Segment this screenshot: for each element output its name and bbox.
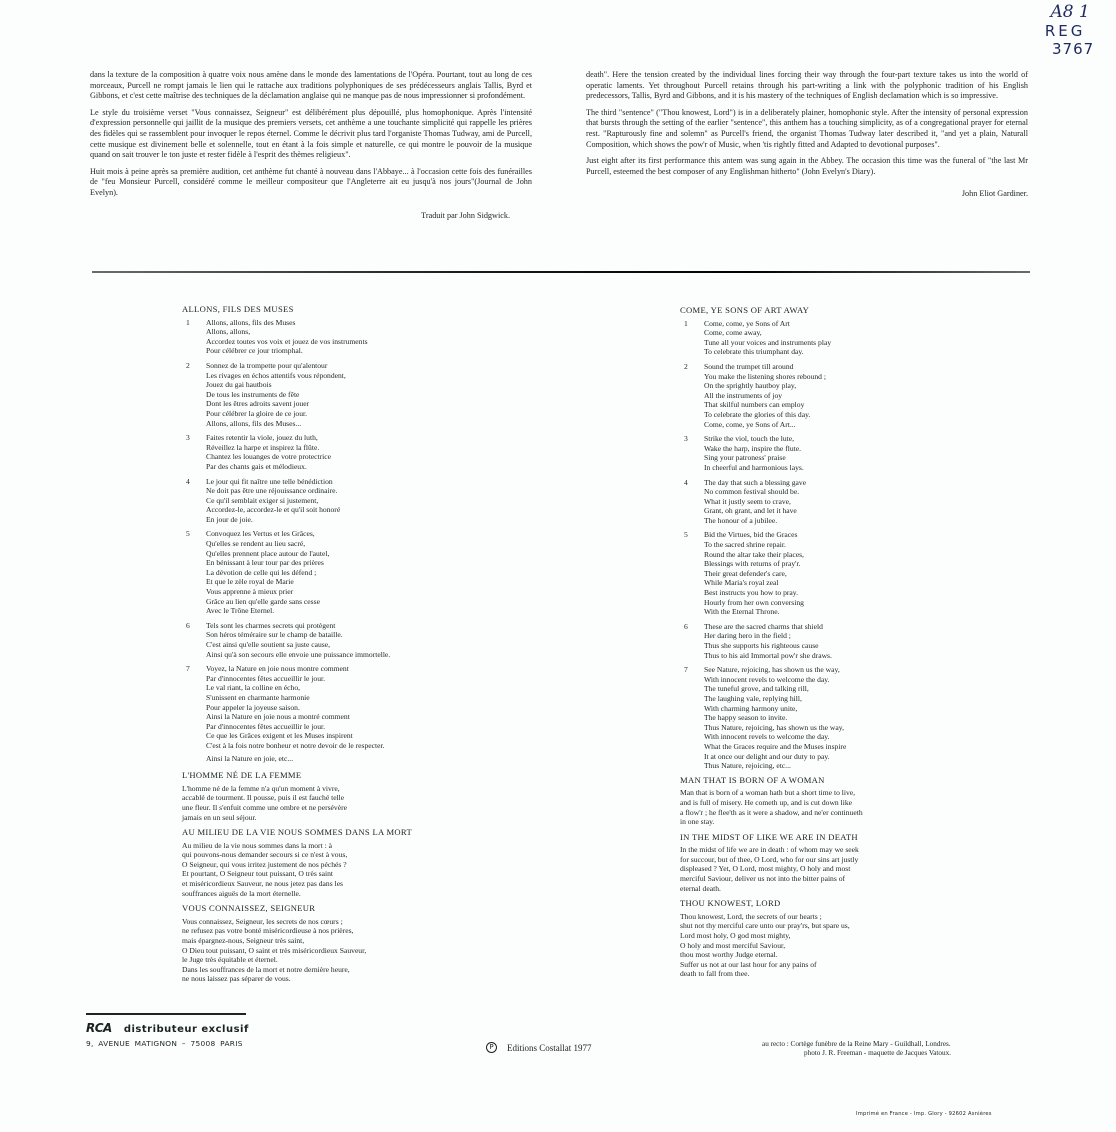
lyric-line: In the midst of life we are in death : o… [680, 845, 950, 855]
verse-lines: Allons, allons, fils des MusesAllons, al… [206, 318, 368, 356]
verse-number: 3 [680, 434, 704, 472]
handwritten-mark: A8 1 [1046, 2, 1094, 22]
lyric-line: Le jour qui fit naître une telle bénédic… [206, 477, 340, 487]
lyric-line: It at once our delight and our duty to p… [704, 752, 846, 762]
lyric-line: mais épargnez-nous, Seigneur très saint, [182, 936, 472, 946]
song-section: MAN THAT IS BORN OF A WOMANMan that is b… [680, 776, 950, 827]
lyric-line: Jouez du gai hautbois [206, 380, 346, 390]
lyrics-french: ALLONS, FILS DES MUSES1Allons, allons, f… [182, 305, 472, 990]
verse-lines: Convoquez les Vertus et les Grâces,Qu'el… [206, 529, 329, 615]
notes-paragraph: death". Here the tension created by the … [586, 70, 1028, 102]
verse-number: 4 [182, 477, 206, 525]
lyric-line: The laughing vale, replying hill, [704, 694, 846, 704]
lyric-line: With charming harmony unite, [704, 704, 846, 714]
lyric-line: Best instructs you how to pray. [704, 588, 804, 598]
distributor-line: RCA distributeur exclusif [86, 1021, 249, 1035]
lyric-line: To celebrate this triumphant day. [704, 347, 831, 357]
lyric-line: Thus Nature, rejoicing, etc... [704, 761, 846, 771]
verse-lines: Sound the trumpet till aroundYou make th… [704, 362, 826, 429]
lyric-line: Sonnez de la trompette pour qu'alentour [206, 361, 346, 371]
lyric-line: That skilful numbers can employ [704, 400, 826, 410]
song-section: IN THE MIDST OF LIKE WE ARE IN DEATHIn t… [680, 833, 950, 894]
verse-number: 7 [182, 664, 206, 750]
song-title: COME, YE SONS OF ART AWAY [680, 306, 950, 316]
verse: 5Convoquez les Vertus et les Grâces,Qu'e… [182, 529, 472, 615]
lyric-line: Suffer us not at our last hour for any p… [680, 960, 950, 970]
section-divider [92, 271, 1030, 273]
verse-number: 7 [680, 665, 704, 771]
reg-stamp: REG [1036, 22, 1094, 40]
verse: 7Voyez, la Nature en joie nous montre co… [182, 664, 472, 750]
lyric-line: Pour appeler la joyeuse saison. [206, 703, 385, 713]
lyric-line: Qu'elles se rendent au lieu sacré, [206, 539, 329, 549]
lyric-line: Thus Nature, rejoicing, has shown us the… [704, 723, 846, 733]
lyric-line: thou most worthy Judge eternal. [680, 950, 950, 960]
lyric-line: Ainsi qu'à son secours elle envoie une p… [206, 650, 390, 660]
verse-number: 3 [182, 433, 206, 471]
lyric-line: Son héros téméraire sur le champ de bata… [206, 630, 390, 640]
lyric-line: Pour célébrer ce jour triomphal. [206, 346, 368, 356]
verse-lines: Tels sont les charmes secrets qui protèg… [206, 621, 390, 659]
lyric-line: L'homme né de la femme n'a qu'un moment … [182, 784, 472, 794]
verse-lines: Bid the Virtues, bid the GracesTo the sa… [704, 530, 804, 616]
verse: 4Le jour qui fit naître une telle bénédi… [182, 477, 472, 525]
notes-paragraph: The third "sentence" ("Thou knowest, Lor… [586, 108, 1028, 150]
lyric-line: You make the listening shores rebound ; [704, 372, 826, 382]
lyric-line: a flow'r ; he flee'th as it were a shado… [680, 808, 950, 818]
song-title: ALLONS, FILS DES MUSES [182, 305, 472, 315]
song-section: VOUS CONNAISSEZ, SEIGNEURVous connaissez… [182, 904, 472, 984]
publisher-line: P Editions Costallat 1977 [486, 1042, 592, 1053]
verse-number: 1 [680, 319, 704, 357]
lyric-line: Vous apprenne à mieux prier [206, 587, 329, 597]
lyric-line: En bénissant à leur tour par des prières [206, 558, 329, 568]
publisher-name: Editions Costallat 1977 [507, 1043, 592, 1053]
lyric-line: Tune all your voices and instruments pla… [704, 338, 831, 348]
verse-lines: Come, come, ye Sons of ArtCome, come awa… [704, 319, 831, 357]
verse: 3Faites retentir la viole, jouez du luth… [182, 433, 472, 471]
verse: 6These are the sacred charms that shield… [680, 622, 950, 660]
lyric-line: Blessings with returns of pray'r. [704, 559, 804, 569]
lyric-line: Allons, allons, fils des Muses [206, 318, 368, 328]
lyric-line: Man that is born of a woman hath but a s… [680, 788, 950, 798]
lyric-line: Come, come, ye Sons of Art [704, 319, 831, 329]
lyric-line: accablé de tourment. Il pousse, puis il … [182, 793, 472, 803]
song-title: IN THE MIDST OF LIKE WE ARE IN DEATH [680, 833, 950, 843]
lyric-line: Par d'innocentes fêtes accueillir le jou… [206, 674, 385, 684]
lyric-line: S'unissent en charmante harmonie [206, 693, 385, 703]
lyric-line: Their great defender's care, [704, 569, 804, 579]
verse-coda: Ainsi la Nature en joie, etc... [182, 754, 472, 764]
notes-paragraph: dans la texture de la composition à quat… [90, 70, 532, 102]
lyric-block: Au milieu de la vie nous sommes dans la … [182, 841, 472, 899]
lyric-line: merciful Saviour, deliver us not into th… [680, 874, 950, 884]
lyric-line: To celebrate the glories of this day. [704, 410, 826, 420]
lyric-line: With the Eternal Throne. [704, 607, 804, 617]
lyric-line: Sing your patroness' praise [704, 453, 804, 463]
verse: 2Sound the trumpet till aroundYou make t… [680, 362, 950, 429]
distributor-address: 9, AVENUE MATIGNON – 75008 PARIS [86, 1039, 243, 1048]
lyric-line: Come, come away, [704, 328, 831, 338]
lyric-line: Les rivages en échos attentifs vous répo… [206, 371, 346, 381]
lyric-line: Accordez-le, accordez-le et qu'il soit h… [206, 505, 340, 515]
lyric-line: Et pourtant, O Seigneur tout puissant, O… [182, 869, 472, 879]
lyric-line: Thou knowest, Lord, the secrets of our h… [680, 912, 950, 922]
lyric-line: Allons, allons, fils des Muses... [206, 419, 346, 429]
verse-number: 6 [182, 621, 206, 659]
lyric-line: Par d'innocentes fêtes accueillir le jou… [206, 722, 385, 732]
lyric-line: Ce que les Grâces exigent et les Muses i… [206, 731, 385, 741]
lyric-line: death to fall from thee. [680, 969, 950, 979]
song-title: VOUS CONNAISSEZ, SEIGNEUR [182, 904, 472, 914]
lyric-line: La dévotion de celle qui les défend ; [206, 568, 329, 578]
lyric-line: What it justly seem to crave, [704, 497, 806, 507]
lyric-line: With innocent revels to welcome the day. [704, 675, 846, 685]
lyric-line: Tels sont les charmes secrets qui protèg… [206, 621, 390, 631]
lyric-block: L'homme né de la femme n'a qu'un moment … [182, 784, 472, 822]
lyric-line: Dont les êtres adroits savent jouer [206, 399, 346, 409]
verse-number: 1 [182, 318, 206, 356]
verse-lines: See Nature, rejoicing, has shown us the … [704, 665, 846, 771]
verse-lines: These are the sacred charms that shieldH… [704, 622, 832, 660]
lyric-line: souffrances aiguës de la mort éternelle. [182, 889, 472, 899]
lyric-line: Avec le Trône Eternel. [206, 606, 329, 616]
lyric-line: Vous connaissez, Seigneur, les secrets d… [182, 917, 472, 927]
lyric-line: Thus she supports his righteous cause [704, 641, 832, 651]
lyric-line: Grâce au lien qu'elle garde sans cesse [206, 597, 329, 607]
lyric-line: Strike the viol, touch the lute, [704, 434, 804, 444]
catalog-number: 3767 [1052, 40, 1094, 58]
verse: 3Strike the viol, touch the lute,Wake th… [680, 434, 950, 472]
lyric-line: C'est ainsi qu'elle soutient sa juste ca… [206, 640, 390, 650]
lyric-line: The day that such a blessing gave [704, 478, 806, 488]
lyric-line: O Dieu tout puissant, O saint et très mi… [182, 946, 472, 956]
phonogram-copyright-icon: P [486, 1042, 497, 1053]
credits-line: photo J. R. Freeman - maquette de Jacque… [762, 1049, 951, 1058]
lyric-block: In the midst of life we are in death : o… [680, 845, 950, 893]
lyric-line: ne refusez pas votre bonté miséricordieu… [182, 926, 472, 936]
lyric-line: Bid the Virtues, bid the Graces [704, 530, 804, 540]
lyric-line: On the sprightly hautboy play, [704, 381, 826, 391]
lyric-line: Sound the trumpet till around [704, 362, 826, 372]
lyric-line: Le val riant, la colline en écho, [206, 683, 385, 693]
lyric-line: le Juge très équitable et éternel. [182, 955, 472, 965]
lyric-line: Dans les souffrances de la mort et notre… [182, 965, 472, 975]
lyric-line: En jour de joie. [206, 515, 340, 525]
verse-lines: Strike the viol, touch the lute,Wake the… [704, 434, 804, 472]
song-section: L'HOMME NÉ DE LA FEMMEL'homme né de la f… [182, 771, 472, 822]
lyric-line: All the instruments of joy [704, 391, 826, 401]
lyric-line: With innocent revels to welcome the day. [704, 732, 846, 742]
song-title: MAN THAT IS BORN OF A WOMAN [680, 776, 950, 786]
lyric-line: et miséricordieux Sauveur, ne nous jetez… [182, 879, 472, 889]
lyric-line: Et que le zèle royal de Marie [206, 577, 329, 587]
lyric-line: To the sacred shrine repair. [704, 540, 804, 550]
rca-logo: RCA [86, 1021, 112, 1035]
verse-number: 2 [182, 361, 206, 428]
verse-lines: The day that such a blessing gaveNo comm… [704, 478, 806, 526]
lyric-line: shut not thy merciful care unto our pray… [680, 921, 950, 931]
lyric-line: Thus to his aid Immortal pow'r she draws… [704, 651, 832, 661]
lyric-line: C'est à la fois notre bonheur et notre d… [206, 741, 385, 751]
verse-lines: Le jour qui fit naître une telle bénédic… [206, 477, 340, 525]
song-section: ALLONS, FILS DES MUSES1Allons, allons, f… [182, 305, 472, 763]
notes-paragraph: Huit mois à peine après sa première audi… [90, 167, 532, 199]
lyric-line: Ne doit pas être une réjouissance ordina… [206, 486, 340, 496]
song-title: AU MILIEU DE LA VIE NOUS SOMMES DANS LA … [182, 828, 472, 838]
lyric-line: Lord most holy, O god most mighty, [680, 931, 950, 941]
verse-number: 4 [680, 478, 704, 526]
lyric-block: Man that is born of a woman hath but a s… [680, 788, 950, 826]
lyric-line: Voyez, la Nature en joie nous montre com… [206, 664, 385, 674]
lyric-line: Hourly from her own conversing [704, 598, 804, 608]
lyric-line: While Maria's royal zeal [704, 578, 804, 588]
lyric-line: une fleur. Il s'enfuit comme une ombre e… [182, 803, 472, 813]
lyric-block: Thou knowest, Lord, the secrets of our h… [680, 912, 950, 979]
lyric-line: O holy and most merciful Saviour, [680, 941, 950, 951]
lyric-line: Accordez toutes vos voix et jouez de vos… [206, 337, 368, 347]
verse: 7See Nature, rejoicing, has shown us the… [680, 665, 950, 771]
lyric-line: Par des chants gais et mélodieux. [206, 462, 331, 472]
lyric-line: Her daring hero in the field ; [704, 631, 832, 641]
verse-lines: Faites retentir la viole, jouez du luth,… [206, 433, 331, 471]
song-title: THOU KNOWEST, LORD [680, 899, 950, 909]
lyric-line: Réveillez la harpe et inspirez la flûte. [206, 443, 331, 453]
verse-lines: Sonnez de la trompette pour qu'alentourL… [206, 361, 346, 428]
lyric-line: Qu'elles prennent place autour de l'aute… [206, 549, 329, 559]
verse-number: 6 [680, 622, 704, 660]
lyric-line: Convoquez les Vertus et les Grâces, [206, 529, 329, 539]
lyric-line: Ainsi la Nature en joie nous a montré co… [206, 712, 385, 722]
lyric-line: qui pouvons-nous demander secours si ce … [182, 850, 472, 860]
footer-divider [86, 1013, 246, 1015]
lyrics-english: COME, YE SONS OF ART AWAY1Come, come, ye… [680, 306, 950, 985]
lyric-line: In cheerful and harmonious lays. [704, 463, 804, 473]
verse: 5Bid the Virtues, bid the GracesTo the s… [680, 530, 950, 616]
lyric-line: and is full of misery. He cometh up, and… [680, 798, 950, 808]
song-title: L'HOMME NÉ DE LA FEMME [182, 771, 472, 781]
verse-lines: Voyez, la Nature en joie nous montre com… [206, 664, 385, 750]
verse: 6Tels sont les charmes secrets qui protè… [182, 621, 472, 659]
verse-number: 2 [680, 362, 704, 429]
lyric-line: De tous les instruments de fête [206, 390, 346, 400]
verse-number: 5 [680, 530, 704, 616]
verse: 2Sonnez de la trompette pour qu'alentour… [182, 361, 472, 428]
author-signature: John Eliot Gardiner. [586, 189, 1028, 200]
lyric-line: Allons, allons, [206, 327, 368, 337]
printer-imprint: Imprimé en France - Imp. Glory - 92602 A… [856, 1111, 992, 1117]
verse: 1Allons, allons, fils des MusesAllons, a… [182, 318, 472, 356]
lyric-line: The tuneful grove, and talking rill, [704, 684, 846, 694]
lyric-line: Grant, oh grant, and let it have [704, 506, 806, 516]
verse: 4The day that such a blessing gaveNo com… [680, 478, 950, 526]
lyric-line: These are the sacred charms that shield [704, 622, 832, 632]
notes-paragraph: Just eight after its first performance t… [586, 156, 1028, 177]
song-section: AU MILIEU DE LA VIE NOUS SOMMES DANS LA … [182, 828, 472, 898]
lyric-line: What the Graces require and the Muses in… [704, 742, 846, 752]
catalog-mark: A8 1 REG 3767 [1036, 2, 1094, 58]
lyric-line: ne nous laissez pas séparer de vous. [182, 974, 472, 984]
translator-signature: Traduit par John Sidgwick. [90, 211, 532, 222]
lyric-line: Wake the harp, inspire the flute. [704, 444, 804, 454]
lyric-line: No common festival should be. [704, 487, 806, 497]
lyric-line: Ce qu'il semblait exiger si justement, [206, 496, 340, 506]
lyric-line: Come, come, ye Sons of Art... [704, 420, 826, 430]
song-section: COME, YE SONS OF ART AWAY1Come, come, ye… [680, 306, 950, 771]
lyric-line: displeased ? Yet, O Lord, most mighty, O… [680, 864, 950, 874]
lyric-line: Round the altar take their places, [704, 550, 804, 560]
lyric-line: Faites retentir la viole, jouez du luth, [206, 433, 331, 443]
cover-credits: au recto : Cortège funèbre de la Reine M… [762, 1040, 951, 1059]
lyric-block: Vous connaissez, Seigneur, les secrets d… [182, 917, 472, 984]
lyric-line: jamais en un seul séjour. [182, 813, 472, 823]
lyric-line: See Nature, rejoicing, has shown us the … [704, 665, 846, 675]
notes-english: death". Here the tension created by the … [586, 70, 1028, 200]
lyric-line: O Seigneur, qui vous irritez justement d… [182, 860, 472, 870]
credits-line: au recto : Cortège funèbre de la Reine M… [762, 1040, 951, 1049]
verse: 1Come, come, ye Sons of ArtCome, come aw… [680, 319, 950, 357]
lyric-line: for succour, but of thee, O Lord, who fo… [680, 855, 950, 865]
distributor-tagline: distributeur exclusif [124, 1024, 249, 1035]
lyric-line: Chantez les louanges de votre protectric… [206, 452, 331, 462]
lyric-line: in one stay. [680, 817, 950, 827]
notes-french: dans la texture de la composition à quat… [90, 70, 532, 221]
lyric-line: The happy season to invite. [704, 713, 846, 723]
song-section: THOU KNOWEST, LORDThou knowest, Lord, th… [680, 899, 950, 979]
lyric-line: Au milieu de la vie nous sommes dans la … [182, 841, 472, 851]
verse-number: 5 [182, 529, 206, 615]
lyric-line: Pour célébrer la gloire de ce jour. [206, 409, 346, 419]
lyric-line: eternal death. [680, 884, 950, 894]
notes-paragraph: Le style du troisième verset "Vous conna… [90, 108, 532, 161]
lyric-line: The honour of a jubilee. [704, 516, 806, 526]
